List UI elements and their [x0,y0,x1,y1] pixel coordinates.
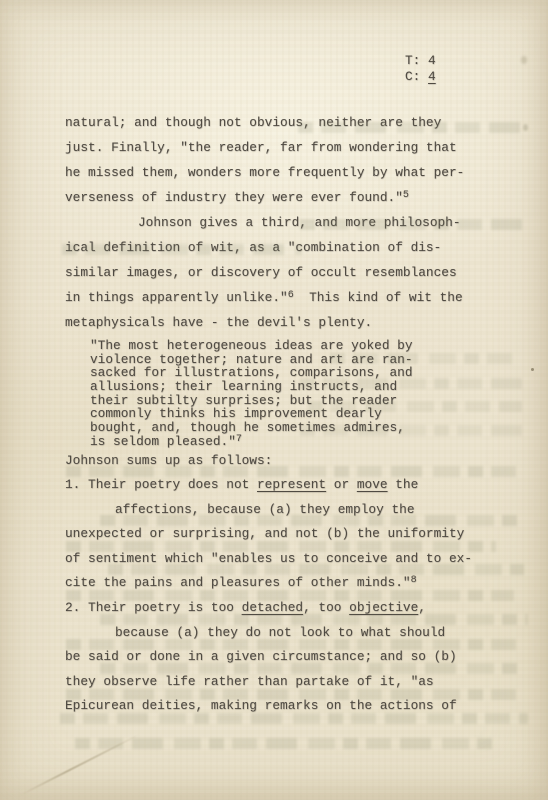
footnote-reference: 5 [403,190,409,201]
text-block: Johnson gives a third, and more philosop… [65,210,527,335]
typed-line: violence together; nature and art are ra… [90,353,527,367]
text-segment: be said or done in a given circumstance;… [65,649,457,664]
page-header: T: 4 C: 4 [405,53,436,84]
ink-bleedthrough [75,738,499,749]
text-segment: cite the pains and pleasures of other mi… [65,575,411,590]
footnote-reference: 7 [236,434,242,445]
text-segment: the [388,477,419,492]
text-segment: 2. Their poetry is too [65,600,242,615]
text-segment: similar images, or discovery of occult r… [65,265,457,280]
text-segment: 1. Their poetry does not [65,477,257,492]
text-segment: This kind of wit the [294,290,463,305]
text-segment: Johnson gives a third, and more philosop… [138,215,461,230]
text-segment: metaphysicals have - the devil's plenty. [65,315,372,330]
typed-line: metaphysicals have - the devil's plenty. [65,310,527,335]
typed-line: sacked for illustrations, comparisons, a… [90,366,527,380]
typed-line: ical definition of wit, as a "combinatio… [65,235,527,260]
text-segment: Johnson sums up as follows: [65,453,272,468]
typed-line: Johnson sums up as follows: [65,449,527,474]
typed-line: be said or done in a given circumstance;… [65,645,527,670]
underlined-word: move [357,477,388,492]
text-segment: just. Finally, "the reader, far from won… [65,140,457,155]
text-segment: is seldom pleased." [90,434,236,449]
ink-speck [521,56,527,64]
typed-line: T: 4 [405,53,436,69]
typed-line: natural; and though not obvious, neither… [65,110,527,135]
footnote-reference: 6 [288,290,294,301]
text-segment: because (a) they do not look to what sho… [115,625,445,640]
typed-line: 2. Their poetry is too detached, too obj… [65,596,527,621]
typed-line: is seldom pleased."7 [90,435,527,449]
paper-crease [19,733,140,796]
typed-line: commonly thinks his improvement dearly [90,407,527,421]
text-segment: verseness of industry they were ever fou… [65,190,403,205]
underlined-word: detached [242,600,303,615]
text-segment: ical definition of wit, as a "combinatio… [65,240,441,255]
text-segment: C: [405,69,428,84]
text-segment: natural; and though not obvious, neither… [65,115,441,130]
text-segment: , [418,600,426,615]
typed-line: bought, and, though he sometimes admires… [90,421,527,435]
typed-line: Epicurean deities, making remarks on the… [65,694,527,719]
typed-line: because (a) they do not look to what sho… [65,621,527,646]
text-segment: unexpected or surprising, and not (b) th… [65,526,464,541]
typed-line: just. Finally, "the reader, far from won… [65,135,527,160]
typed-line: Johnson gives a third, and more philosop… [65,210,527,235]
typed-line: cite the pains and pleasures of other mi… [65,571,527,596]
text-segment: Epicurean deities, making remarks on the… [65,698,457,713]
underlined-word: objective [349,600,418,615]
text-segment: in things apparently unlike." [65,290,288,305]
typed-line: they observe life rather than partake of… [65,670,527,695]
typed-line: allusions; their learning instructs, and [90,380,527,394]
text-segment: affections, because (a) they employ the [115,502,415,517]
typed-line: of sentiment which "enables us to concei… [65,547,527,572]
typed-line: their subtilty surprises; but the reader [90,394,527,408]
typed-line: in things apparently unlike."6 This kind… [65,285,527,310]
typed-line: affections, because (a) they employ the [65,498,527,523]
text-segment: or [326,477,357,492]
typed-line: he missed them, wonders more frequently … [65,160,527,185]
text-segment: he missed them, wonders more frequently … [65,165,464,180]
text-segment: of sentiment which "enables us to concei… [65,551,472,566]
typed-line: similar images, or discovery of occult r… [65,260,527,285]
underlined-page-number: 4 [428,69,436,84]
typed-line: verseness of industry they were ever fou… [65,185,527,210]
typed-content: natural; and though not obvious, neither… [65,110,527,719]
manuscript-page: T: 4 C: 4 natural; and though not obviou… [0,0,548,800]
text-segment: T: 4 [405,53,436,68]
footnote-reference: 8 [411,575,417,586]
block-quote: "The most heterogeneous ideas are yoked … [90,339,527,449]
typed-line: "The most heterogeneous ideas are yoked … [90,339,527,353]
typed-line: unexpected or surprising, and not (b) th… [65,522,527,547]
typed-line: C: 4 [405,69,436,85]
text-segment: they observe life rather than partake of… [65,674,434,689]
typed-line: 1. Their poetry does not represent or mo… [65,473,527,498]
text-segment: , too [303,600,349,615]
text-block: natural; and though not obvious, neither… [65,110,527,210]
text-block: Johnson sums up as follows:1. Their poet… [65,449,527,720]
ink-speck [531,368,534,371]
underlined-word: represent [257,477,326,492]
